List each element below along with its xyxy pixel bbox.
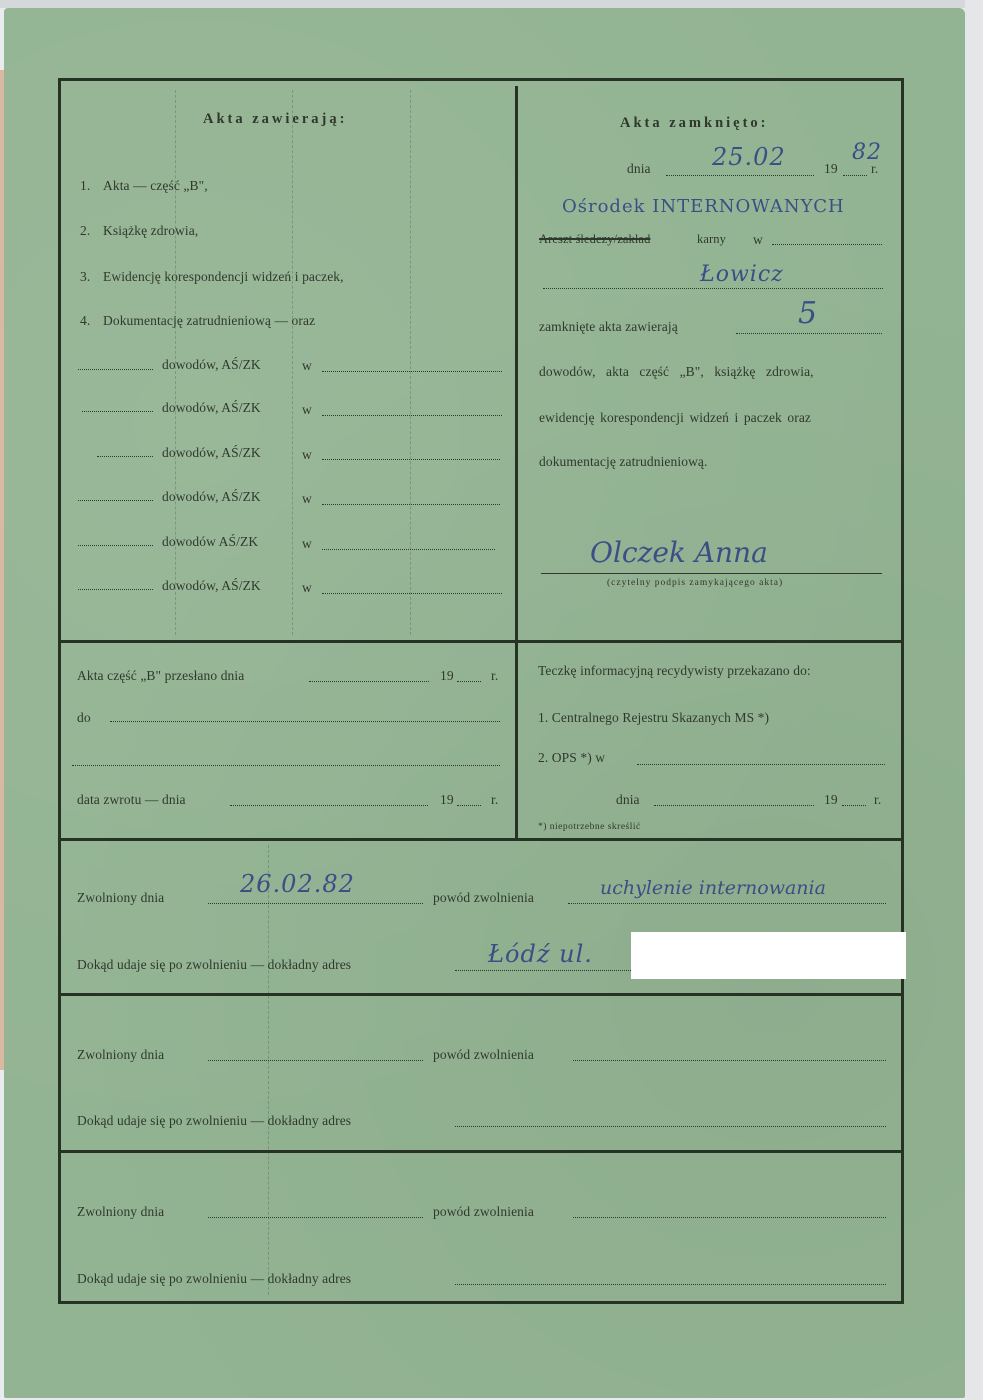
address-value: Łódź ul. [488,940,593,968]
contents-item-3-num: 3. [80,269,90,285]
address-label: Dokąd udaje się po zwolnieniu — dokładny… [77,1113,351,1129]
contents-title: Akta zawierają: [203,111,347,128]
contents-item-4-text: Dokumentację zatrudnieniową — oraz [103,313,315,329]
reason-label: powód zwolnienia [433,1047,534,1063]
center-divider-top [515,86,518,642]
contents-item-1-num: 1. [80,178,90,194]
closed-facility-label-rest: karny [697,232,726,247]
closed-year-suffix: r. [871,161,878,177]
released-label: Zwolniony dnia [77,1047,164,1063]
contents-item-3-text: Ewidencję korespondencji widzeń i paczek… [103,269,344,285]
contents-item-4-num: 4. [80,313,90,329]
show-through-line [292,90,293,635]
address-redaction [631,932,906,979]
recidivist-year-prefix: 19 [824,792,838,808]
evidence-label: dowodów, AŚ/ZK [162,489,261,505]
evidence-count-field[interactable] [78,589,153,590]
closed-contains-value: 5 [798,296,818,331]
closed-contains-field[interactable] [736,333,882,334]
evidence-w: w [302,491,312,507]
return-year-suffix: r. [491,792,498,808]
return-label: data zwrotu — dnia [77,792,186,808]
sent-year-prefix: 19 [440,668,454,684]
closed-year-prefix: 19 [824,161,838,177]
evidence-label: dowodów, AŚ/ZK [162,578,261,594]
evidence-label: dowodów, AŚ/ZK [162,357,261,373]
released-date-value: 26.02.82 [240,870,355,898]
evidence-w: w [302,402,312,418]
signature-line [541,573,882,574]
released-date-field[interactable] [208,1217,423,1218]
closed-body-line-3: dokumentację zatrudnieniową. [539,454,708,470]
evidence-count-field[interactable] [78,500,153,501]
closed-date-field[interactable] [666,175,814,176]
address-label: Dokąd udaje się po zwolnieniu — dokładny… [77,957,351,973]
divider-row-3 [60,993,904,996]
reason-value: uchylenie internowania [600,877,826,899]
evidence-w: w [302,580,312,596]
released-label: Zwolniony dnia [77,890,164,906]
closer-signature: Olczek Anna [590,536,768,569]
signature-caption: (czytelny podpis zamykającego akta) [607,578,783,588]
evidence-place-field[interactable] [322,415,502,416]
recidivist-date-label: dnia [616,792,640,808]
contents-item-2-text: Książkę zdrowia, [103,223,198,239]
recidivist-ops-field[interactable] [637,764,885,765]
closed-city-value: Łowicz [700,262,784,287]
sent-to-field-continued[interactable] [72,765,500,766]
evidence-w: w [302,358,312,374]
show-through-line [410,90,411,635]
closed-body-line-2: ewidencję korespondencji widzeń i paczek… [539,410,811,426]
return-year-prefix: 19 [440,792,454,808]
closed-date-label: dnia [627,161,651,177]
evidence-place-field[interactable] [322,371,502,372]
reason-field[interactable] [568,903,886,904]
evidence-count-field[interactable] [82,411,153,412]
recidivist-date-field[interactable] [654,805,814,806]
evidence-label: dowodów, AŚ/ZK [162,400,261,416]
evidence-count-field[interactable] [78,545,153,546]
sent-year-suffix: r. [491,668,498,684]
recidivist-item-2-label: 2. OPS *) w [538,750,605,766]
closed-year-field[interactable] [843,175,867,176]
evidence-place-field[interactable] [322,459,500,460]
evidence-count-field[interactable] [78,369,153,370]
sent-year-field[interactable] [457,681,481,682]
closed-title: Akta zamknięto: [620,115,769,132]
closed-city-field[interactable] [543,288,883,289]
scan-background-right [965,0,983,1400]
closed-facility-field[interactable] [772,244,882,245]
closed-contains-label: zamknięte akta zawierają [539,319,678,335]
recidivist-footnote: *) niepotrzebne skreślić [538,822,641,832]
sent-label: Akta część „B" przesłano dnia [77,668,244,684]
reason-label: powód zwolnienia [433,890,534,906]
released-label: Zwolniony dnia [77,1204,164,1220]
divider-row-1 [60,640,904,643]
evidence-label: dowodów, AŚ/ZK [162,445,261,461]
closed-body-line-1: dowodów, akta część „B", książkę zdrowia… [539,364,814,380]
released-date-field[interactable] [208,903,423,904]
scan-background-top [0,0,983,8]
reason-field[interactable] [573,1217,886,1218]
center-divider-middle [515,642,518,840]
address-field[interactable] [455,1284,886,1285]
evidence-count-field[interactable] [97,456,153,457]
evidence-w: w [302,447,312,463]
recidivist-intro: Teczkę informacyjną recydywisty przekaza… [538,663,886,678]
closed-facility-handwritten: Ośrodek INTERNOWANYCH [562,196,845,217]
evidence-label: dowodów AŚ/ZK [162,534,258,550]
address-field[interactable] [455,970,635,971]
recidivist-item-1: 1. Centralnego Rejestru Skazanych MS *) [538,710,769,726]
reason-label: powód zwolnienia [433,1204,534,1220]
return-date-field[interactable] [230,805,428,806]
evidence-place-field[interactable] [322,593,502,594]
evidence-w: w [302,536,312,552]
address-field[interactable] [455,1126,886,1127]
recidivist-year-suffix: r. [874,792,881,808]
address-label: Dokąd udaje się po zwolnieniu — dokładny… [77,1271,351,1287]
sent-to-label: do [77,710,91,726]
reason-field[interactable] [573,1060,886,1061]
divider-row-4 [60,1150,904,1153]
evidence-place-field[interactable] [322,549,495,550]
closed-facility-w: w [753,232,763,248]
evidence-place-field[interactable] [322,504,500,505]
released-date-field[interactable] [208,1060,423,1061]
contents-item-1-text: Akta — część „B", [103,178,208,194]
closed-facility-label-struck: Areszt śledczy/zakład [539,232,650,247]
divider-row-2 [60,838,904,841]
sent-to-field[interactable] [110,721,500,722]
return-year-field[interactable] [457,805,481,806]
sent-date-field[interactable] [309,681,429,682]
recidivist-year-field[interactable] [842,805,866,806]
show-through-line [268,845,269,1295]
contents-item-2-num: 2. [80,223,90,239]
closed-date-value: 25.02 [712,143,786,171]
